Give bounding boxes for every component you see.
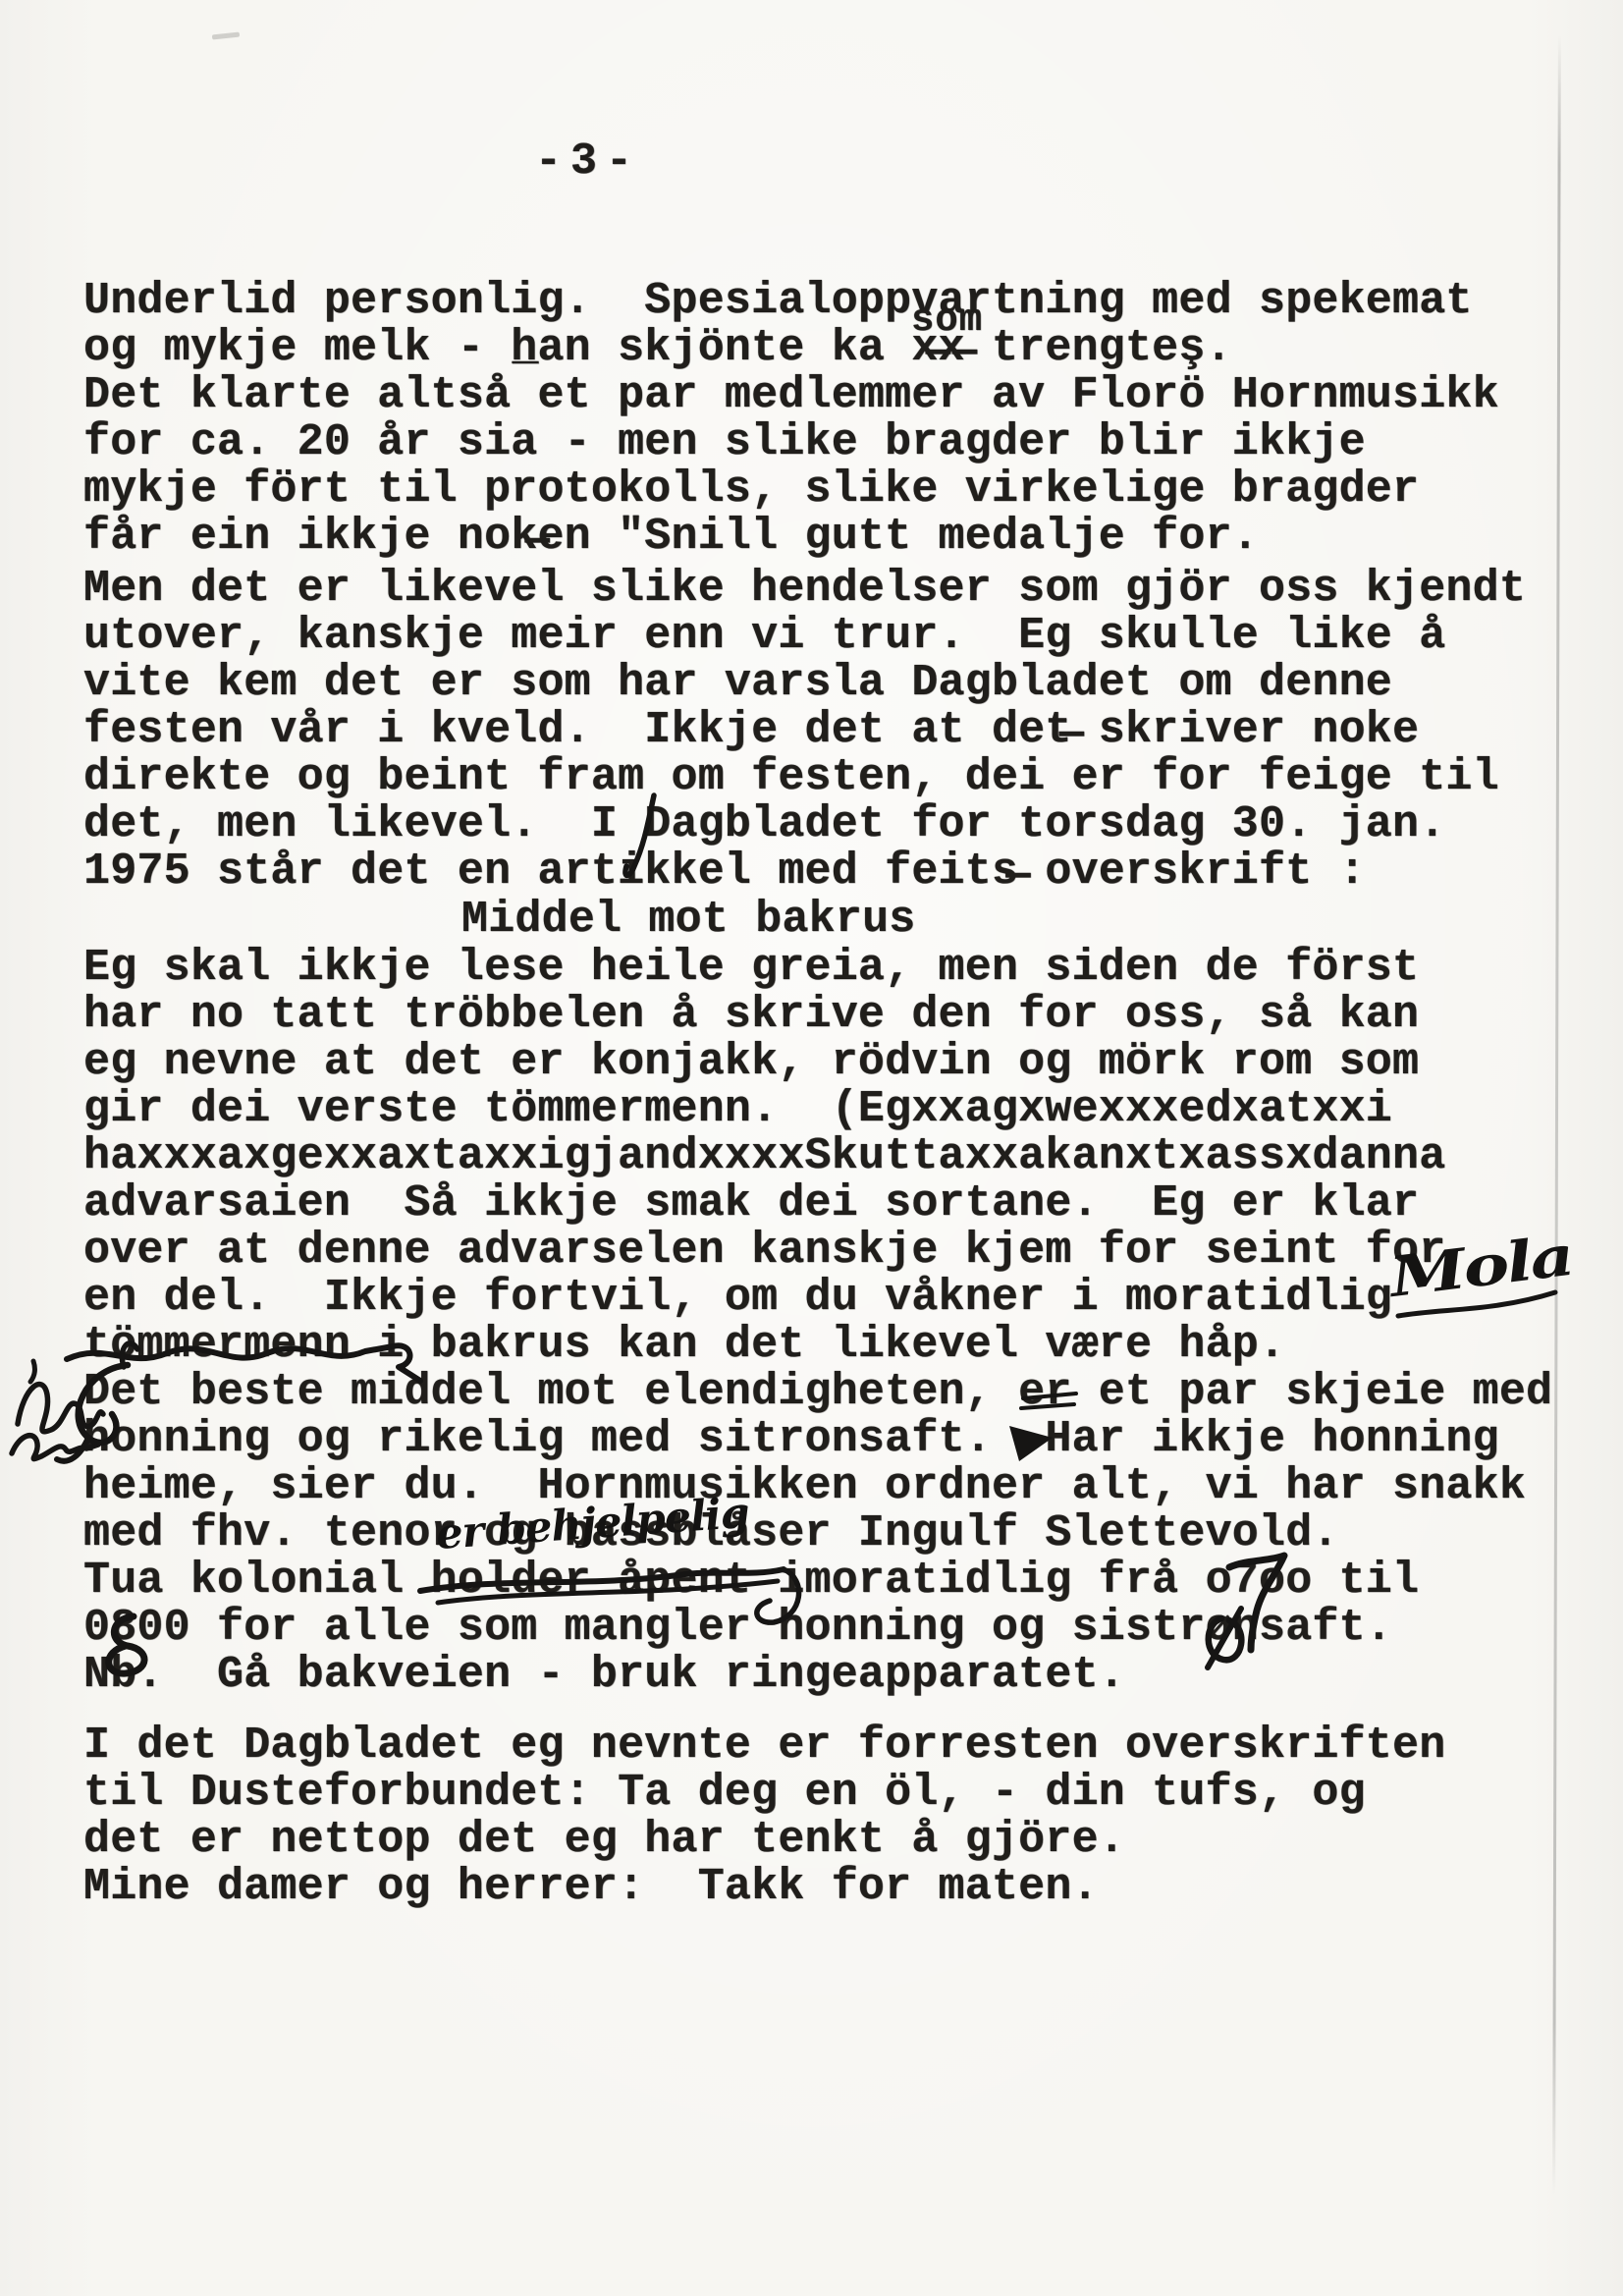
text-line: Underlid personlig. Spesialoppvartning m…: [83, 278, 1499, 325]
text-line: Det klarte altså et par medlemmer av Flo…: [83, 372, 1499, 419]
text-line: direkte og beint fram om festen, dei er …: [83, 754, 1526, 801]
text-line: festen vår i kveld. Ikkje det at det̶ sk…: [83, 707, 1526, 754]
paragraph-middel: Eg skal ikkje lese heile greia, men side…: [83, 945, 1552, 1699]
text-line: tömmermenn i bakrus kan det likevel være…: [83, 1322, 1552, 1369]
text-line: det, men likevel. I Dagbladet for torsda…: [83, 801, 1526, 848]
text-line: Men det er likevel slike hendelser som g…: [83, 566, 1526, 613]
text-line-xstruck: haxxxaxgexxaxtaxxigjandxxxxSkuttaxxakanx…: [83, 1133, 1552, 1180]
text-line: Eg skal ikkje lese heile greia, men side…: [83, 945, 1552, 992]
text-line: gir dei verste tömmermenn. (Egxxagxwexxx…: [83, 1086, 1552, 1133]
text-line: Det beste middel mot elendigheten, er et…: [83, 1369, 1552, 1416]
article-headline: Middel mot bakrus: [461, 895, 915, 945]
text-line: får ein ikkje nok̶en "Snill gutt medalje…: [83, 514, 1499, 561]
text-line: med fhv. tenor og bassblåser Ingulf Slet…: [83, 1510, 1552, 1558]
text-line: utover, kanskje meir enn vi trur. Eg sku…: [83, 613, 1526, 660]
typed-insertion-som: som: [911, 299, 983, 342]
text-line: vite kem det er som har varsla Dagbladet…: [83, 660, 1526, 707]
text-line: over at denne advarselen kanskje kjem fo…: [83, 1228, 1552, 1275]
text-line: honning og rikelig med sitronsaft. Har i…: [83, 1416, 1552, 1463]
text-line: heime, sier du. Hornmusikken ordner alt,…: [83, 1463, 1552, 1510]
text-line: og mykje melk - h̲an skjönte ka x̶x̶ tre…: [83, 325, 1499, 372]
paragraph-underlid: Underlid personlig. Spesialoppvartning m…: [83, 278, 1499, 561]
text-line: Nb. Gå bakveien - bruk ringeapparatet.: [83, 1652, 1552, 1699]
text-line: I det Dagbladet eg nevnte er forresten o…: [83, 1722, 1445, 1770]
text-line: det er nettop det eg har tenkt å gjöre.: [83, 1817, 1445, 1864]
text-line: for ca. 20 år sia - men slike bragder bl…: [83, 419, 1499, 466]
scan-crease-line: [1552, 35, 1561, 2196]
text-line: Tua kolonial holder åpent imoratidlig fr…: [83, 1558, 1552, 1605]
text-line: til Dusteforbundet: Ta deg en öl, - din …: [83, 1770, 1445, 1817]
scanned-document-page: -3- Underlid personlig. Spesialoppvartni…: [0, 0, 1623, 2296]
text-line: advarsaien Så ikkje smak dei sortane. Eg…: [83, 1180, 1552, 1228]
paragraph-dusteforbundet: I det Dagbladet eg nevnte er forresten o…: [83, 1722, 1445, 1911]
paragraph-dagbladet: Men det er likevel slike hendelser som g…: [83, 566, 1526, 896]
text-line: mykje fört til protokolls, slike virkeli…: [83, 466, 1499, 514]
text-line: 0800 for alle som mangler honning og sis…: [83, 1605, 1552, 1652]
scan-artifact-dash: [212, 32, 240, 40]
text-line: eg nevne at det er konjakk, rödvin og mö…: [83, 1039, 1552, 1086]
text-line: en del. Ikkje fortvil, om du våkner i mo…: [83, 1275, 1552, 1322]
text-line: har no tatt tröbbelen å skrive den for o…: [83, 992, 1552, 1039]
text-line: 1975 står det en artikkel med feits̶ ove…: [83, 848, 1526, 896]
text-line: Mine damer og herrer: Takk for maten.: [83, 1864, 1445, 1911]
page-number: -3-: [535, 137, 641, 187]
